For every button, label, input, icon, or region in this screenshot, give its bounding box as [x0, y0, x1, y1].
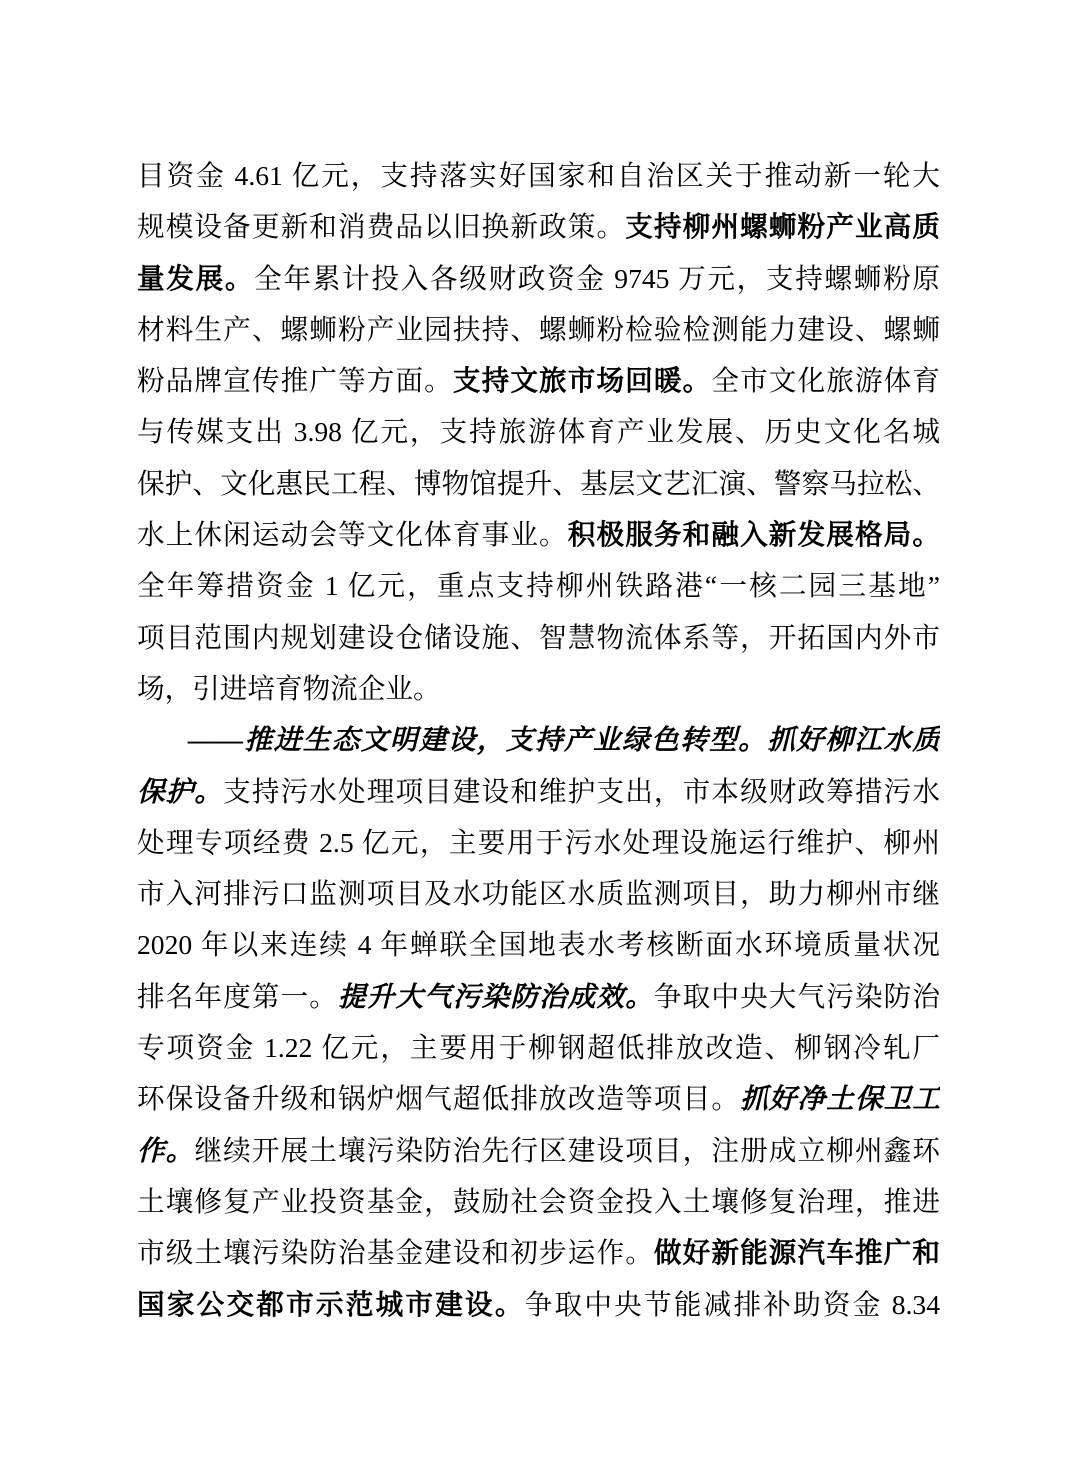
body-text-run: 土壤修复产业投资基金，鼓励社会资金投入土壤修复治理，推进	[137, 1186, 940, 1217]
emphasis-text-run: 抓好净土保卫工	[740, 1083, 940, 1114]
body-text-run: 处理专项经费 2.5 亿元，主要用于污水处理设施运行维护、柳州	[137, 827, 940, 858]
body-text-run: 项目范围内规划建设仓储设施、智慧物流体系等，开拓国内外市	[137, 622, 940, 653]
body-text-run: 水上休闲运动会等文化体育事业。	[137, 519, 568, 550]
text-line: 规模设备更新和消费品以旧换新政策。支持柳州螺蛳粉产业高质	[137, 201, 940, 252]
text-line: 国家公交都市示范城市建设。争取中央节能减排补助资金 8.34	[137, 1279, 940, 1330]
text-line: 排名年度第一。提升大气污染防治成效。争取中央大气污染防治	[137, 971, 940, 1022]
emphasis-text-run: 支持文旅市场回暖。	[453, 365, 711, 396]
emphasis-text-run: 做好新能源汽车推广和	[654, 1237, 940, 1268]
text-line: 市入河排污口监测项目及水功能区水质监测项目，助力柳州市继	[137, 868, 940, 919]
text-line: 处理专项经费 2.5 亿元，主要用于污水处理设施运行维护、柳州	[137, 817, 940, 868]
emphasis-text-run: 国家公交都市示范城市建设。	[137, 1289, 525, 1320]
body-text-run: 保护、文化惠民工程、博物馆提升、基层文艺汇演、警察马拉松、	[137, 468, 940, 499]
body-text-run: 支持污水处理项目建设和维护支出，市本级财政筹措污水	[223, 776, 940, 807]
text-line: 水上休闲运动会等文化体育事业。积极服务和融入新发展格局。	[137, 509, 940, 560]
text-line: 作。继续开展土壤污染防治先行区建设项目，注册成立柳州鑫环	[137, 1125, 940, 1176]
text-line: 场，引进培育物流企业。	[137, 663, 940, 714]
body-text-run: 继续开展土壤污染防治先行区建设项目，注册成立柳州鑫环	[194, 1135, 940, 1166]
text-line: 目资金 4.61 亿元，支持落实好国家和自治区关于推动新一轮大	[137, 150, 940, 201]
body-text-run: 市级土壤污染防治基金建设和初步运作。	[137, 1237, 654, 1268]
body-text-run: 场，引进培育物流企业。	[137, 673, 441, 704]
body-text-run: 全年累计投入各级财政资金 9745 万元，支持螺蛳粉原	[254, 263, 940, 294]
body-text-run: 粉品牌宣传推广等方面。	[137, 365, 453, 396]
body-text-run: 环保设备升级和锅炉烟气超低排放改造等项目。	[137, 1083, 740, 1114]
text-line: 全年筹措资金 1 亿元，重点支持柳州铁路港“一核二园三基地”	[137, 560, 940, 611]
text-line: 2020 年以来连续 4 年蝉联全国地表水考核断面水环境质量状况	[137, 919, 940, 970]
body-text-run: 全年筹措资金 1 亿元，重点支持柳州铁路港“一核二园三基地”	[137, 570, 940, 601]
text-line: 材料生产、螺蛳粉产业园扶持、螺蛳粉检验检测能力建设、螺蛳	[137, 304, 940, 355]
text-line: 项目范围内规划建设仓储设施、智慧物流体系等，开拓国内外市	[137, 612, 940, 663]
text-line: 保护。支持污水处理项目建设和维护支出，市本级财政筹措污水	[137, 766, 940, 817]
emphasis-text-run: 作。	[137, 1135, 194, 1166]
text-line: 与传媒支出 3.98 亿元，支持旅游体育产业发展、历史文化名城	[137, 406, 940, 457]
emphasis-text-run: 量发展。	[137, 263, 254, 294]
emphasis-text-run: 保护。	[137, 776, 223, 807]
text-line: 专项资金 1.22 亿元，主要用于柳钢超低排放改造、柳钢冷轧厂	[137, 1022, 940, 1073]
body-text-run: 规模设备更新和消费品以旧换新政策。	[137, 211, 625, 242]
body-text-run: 市入河排污口监测项目及水功能区水质监测项目，助力柳州市继	[137, 878, 940, 909]
body-text-run: 全市文化旅游体育	[711, 365, 940, 396]
text-line: 保护、文化惠民工程、博物馆提升、基层文艺汇演、警察马拉松、	[137, 458, 940, 509]
body-text-run: 2020 年以来连续 4 年蝉联全国地表水考核断面水环境质量状况	[137, 929, 940, 960]
text-line: 市级土壤污染防治基金建设和初步运作。做好新能源汽车推广和	[137, 1227, 940, 1278]
body-text-run: 与传媒支出 3.98 亿元，支持旅游体育产业发展、历史文化名城	[137, 416, 940, 447]
text-line: 土壤修复产业投资基金，鼓励社会资金投入土壤修复治理，推进	[137, 1176, 940, 1227]
emphasis-text-run: ——推进生态文明建设，支持产业绿色转型。抓好柳江水质	[188, 724, 940, 755]
body-text-run: 争取中央大气污染防治	[654, 981, 940, 1012]
body-text-run: 目资金 4.61 亿元，支持落实好国家和自治区关于推动新一轮大	[137, 160, 940, 191]
emphasis-text-run: 支持柳州螺蛳粉产业高质	[625, 211, 940, 242]
emphasis-text-run: 提升大气污染防治成效。	[338, 981, 654, 1012]
text-line: 粉品牌宣传推广等方面。支持文旅市场回暖。全市文化旅游体育	[137, 355, 940, 406]
body-text-run: 排名年度第一。	[137, 981, 338, 1012]
text-line: 量发展。全年累计投入各级财政资金 9745 万元，支持螺蛳粉原	[137, 253, 940, 304]
body-text-run: 材料生产、螺蛳粉产业园扶持、螺蛳粉检验检测能力建设、螺蛳	[137, 314, 940, 345]
emphasis-text-run: 积极服务和融入新发展格局。	[568, 519, 940, 550]
document-page: 目资金 4.61 亿元，支持落实好国家和自治区关于推动新一轮大规模设备更新和消费…	[137, 150, 940, 1330]
body-text-run: 争取中央节能减排补助资金 8.34	[525, 1289, 940, 1320]
text-line: 环保设备升级和锅炉烟气超低排放改造等项目。抓好净土保卫工	[137, 1073, 940, 1124]
text-line: ——推进生态文明建设，支持产业绿色转型。抓好柳江水质	[137, 714, 940, 765]
body-text-run: 专项资金 1.22 亿元，主要用于柳钢超低排放改造、柳钢冷轧厂	[137, 1032, 940, 1063]
